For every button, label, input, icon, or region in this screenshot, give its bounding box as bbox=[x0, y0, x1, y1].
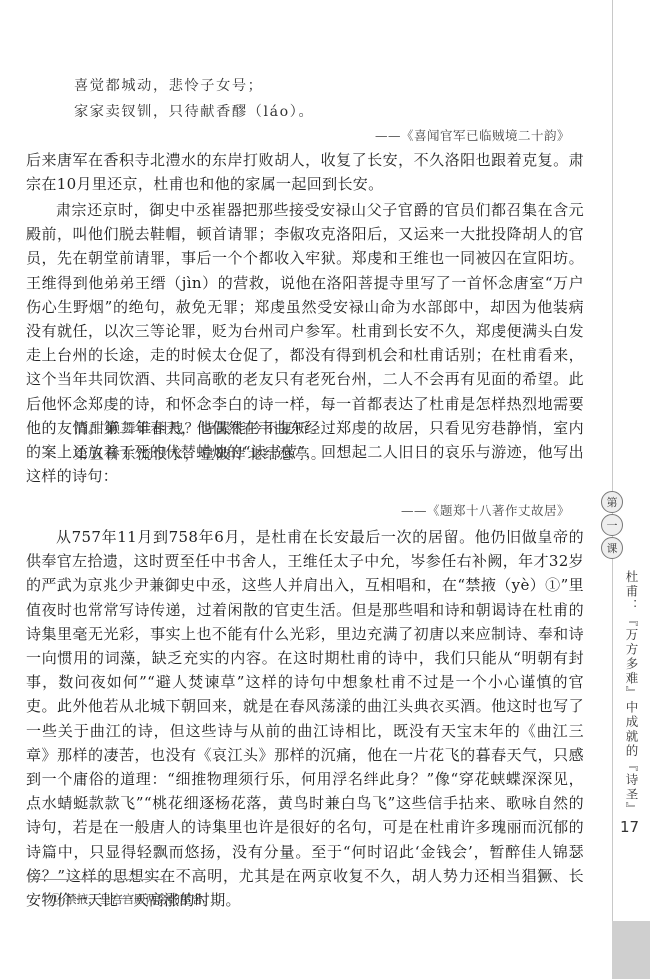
footnote-divider bbox=[28, 879, 166, 880]
poem-line: 家家卖钗钏，只待献香醪（láo）。 bbox=[74, 99, 314, 125]
poem-quote-2: 酒酣懒舞谁相拽？诗罢能吟不复听。 第五桥东流恨水，皇陂岸北结愁亭。 bbox=[74, 416, 327, 468]
poem-quote-1: 喜觉都城动，悲怜子女号； 家家卖钗钏，只待献香醪（láo）。 bbox=[74, 73, 314, 125]
lesson-badge-2: 一 bbox=[601, 514, 623, 536]
lesson-badge-1: 第 bbox=[601, 491, 623, 513]
lesson-badge-3: 课 bbox=[601, 537, 623, 559]
poem-line: 酒酣懒舞谁相拽？诗罢能吟不复听。 bbox=[74, 416, 327, 442]
poem-source-2: ——《题郑十八著作丈故居》 bbox=[401, 501, 570, 519]
document-page: 喜觉都城动，悲怜子女号； 家家卖钗钏，只待献香醪（láo）。 ——《喜闻官军已临… bbox=[0, 0, 600, 979]
page-edge-tab bbox=[612, 921, 650, 979]
sidebar-divider bbox=[612, 0, 613, 921]
poem-source-1: ——《喜闻官军已临贼境二十韵》 bbox=[375, 126, 570, 144]
paragraph-3: 从757年11月到758年6月，是杜甫在长安最后一次的居留。他仍旧做皇帝的供奉官… bbox=[26, 525, 584, 912]
poem-line: 第五桥东流恨水，皇陂岸北结愁亭。 bbox=[74, 442, 327, 468]
page-number: 17 bbox=[620, 818, 639, 836]
paragraph-1: 后来唐军在香积寺北澧水的东岸打败胡人，收复了长安，不久洛阳也跟着克复。肃宗在10… bbox=[26, 148, 584, 196]
poem-line: 喜觉都城动，悲怜子女号； bbox=[74, 73, 314, 99]
lesson-title-vertical: 杜甫：『万方多难』中成就的『诗圣』 bbox=[622, 570, 640, 817]
footnote: ① 禁掖，皇宫宫殿两旁的屋舍。 bbox=[50, 891, 215, 907]
